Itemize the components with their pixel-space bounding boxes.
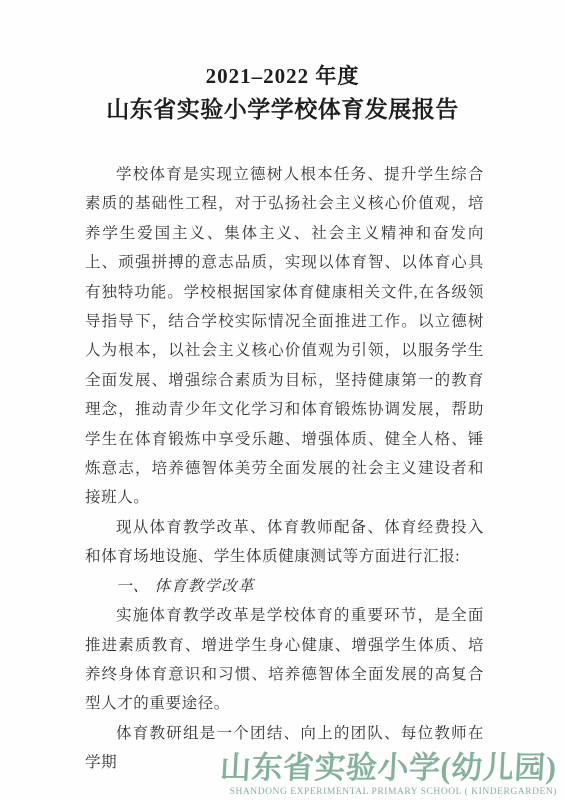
paragraph-intro: 学校体育是实现立德树人根本任务、提升学生综合素质的基础性工程，对于弘扬社会主义核… — [85, 160, 484, 513]
school-logo-chinese-text: 山东省实验小学(幼儿园) — [219, 750, 558, 786]
paragraph-report-scope: 现从体育教学改革、体育教师配备、体育经费投入和体育场地设施、学生体质健康测试等方… — [85, 513, 484, 572]
document-title: 2021–2022 年度 山东省实验小学学校体育发展报告 — [0, 0, 565, 125]
title-year-line: 2021–2022 年度 — [0, 62, 565, 90]
school-logo-english-text: SHANDONG EXPERIMENTAL PRIMARY SCHOOL ( K… — [220, 787, 557, 798]
section-heading-1: 一、 体育教学改革 — [85, 572, 484, 601]
title-main-line: 山东省实验小学学校体育发展报告 — [0, 95, 565, 125]
school-logo: 山东省实验小学(幼儿园) SHANDONG EXPERIMENTAL PRIMA… — [220, 750, 557, 798]
document-page: 2021–2022 年度 山东省实验小学学校体育发展报告 学校体育是实现立德树人… — [0, 0, 565, 800]
paragraph-reform: 实施体育教学改革是学校体育的重要环节，是全面推进素质教育、增进学生身心健康、增强… — [85, 601, 484, 719]
document-body: 学校体育是实现立德树人根本任务、提升学生综合素质的基础性工程，对于弘扬社会主义核… — [0, 160, 565, 778]
